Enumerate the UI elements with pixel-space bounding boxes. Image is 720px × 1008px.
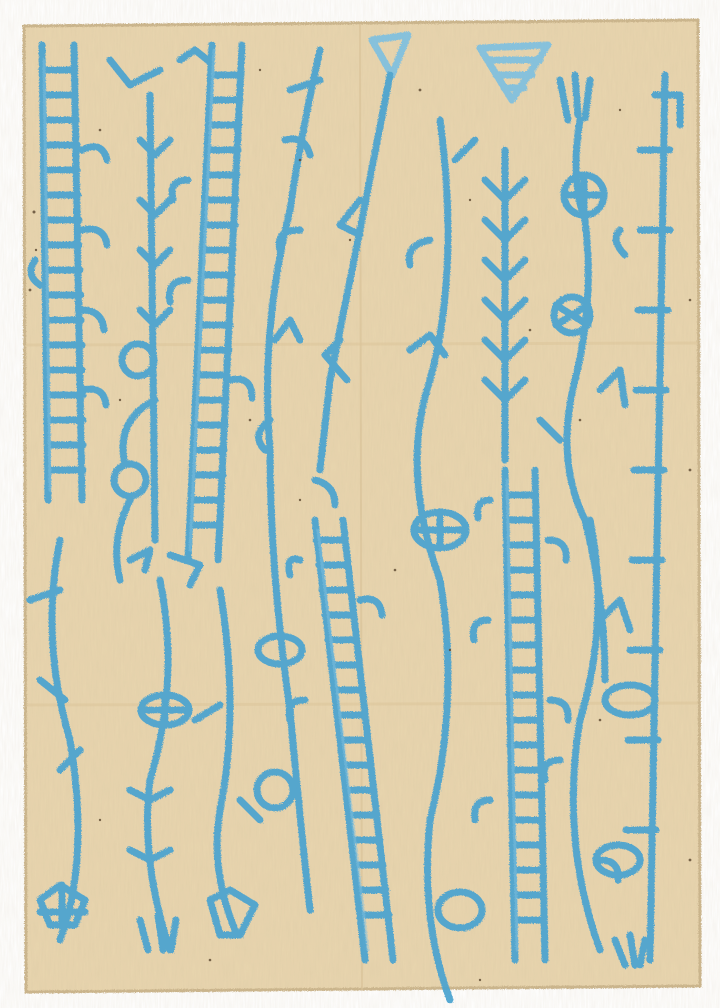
rug-scene <box>0 0 720 1008</box>
